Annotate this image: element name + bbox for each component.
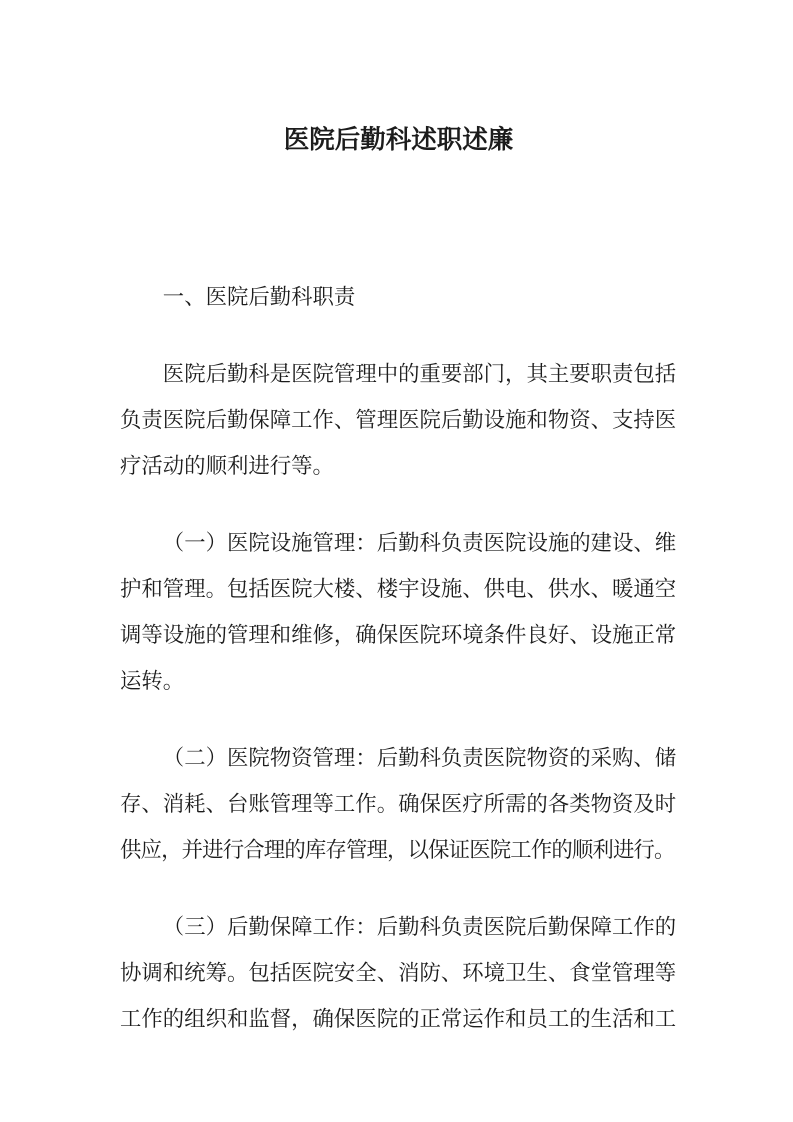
text-line: 医院后勤科是医院管理中的重要部门，其主要职责包括 (120, 351, 677, 397)
document-title: 医院后勤科述职述廉 (120, 123, 677, 156)
paragraph-intro: 医院后勤科是医院管理中的重要部门，其主要职责包括 负责医院后勤保障工作、管理医院… (120, 351, 677, 489)
text-line: 运转。 (120, 658, 677, 704)
document-page: 医院后勤科述职述廉 一、医院后勤科职责 医院后勤科是医院管理中的重要部门，其主要… (0, 0, 793, 1122)
text-line: 疗活动的顺利进行等。 (120, 443, 677, 489)
section-heading: 一、医院后勤科职责 (120, 274, 677, 320)
text-line: 护和管理。包括医院大楼、楼宇设施、供电、供水、暖通空 (120, 566, 677, 612)
text-line: （一）医院设施管理：后勤科负责医院设施的建设、维 (120, 520, 677, 566)
section-heading-block: 一、医院后勤科职责 (120, 274, 677, 320)
text-line: 负责医院后勤保障工作、管理医院后勤设施和物资、支持医 (120, 397, 677, 443)
paragraph-supplies: （二）医院物资管理：后勤科负责医院物资的采购、储 存、消耗、台账管理等工作。确保… (120, 735, 677, 873)
paragraph-support: （三）后勤保障工作：后勤科负责医院后勤保障工作的 协调和统筹。包括医院安全、消防… (120, 904, 677, 1042)
text-line: 协调和统筹。包括医院安全、消防、环境卫生、食堂管理等 (120, 950, 677, 996)
text-line: 存、消耗、台账管理等工作。确保医疗所需的各类物资及时 (120, 781, 677, 827)
text-line: 工作的组织和监督，确保医院的正常运作和员工的生活和工 (120, 996, 677, 1042)
text-line: 调等设施的管理和维修，确保医院环境条件良好、设施正常 (120, 612, 677, 658)
text-line: 供应，并进行合理的库存管理，以保证医院工作的顺利进行。 (120, 827, 677, 873)
paragraph-facilities: （一）医院设施管理：后勤科负责医院设施的建设、维 护和管理。包括医院大楼、楼宇设… (120, 520, 677, 704)
text-line: （三）后勤保障工作：后勤科负责医院后勤保障工作的 (120, 904, 677, 950)
document-content: 医院后勤科述职述廉 一、医院后勤科职责 医院后勤科是医院管理中的重要部门，其主要… (120, 123, 677, 1073)
text-line: （二）医院物资管理：后勤科负责医院物资的采购、储 (120, 735, 677, 781)
